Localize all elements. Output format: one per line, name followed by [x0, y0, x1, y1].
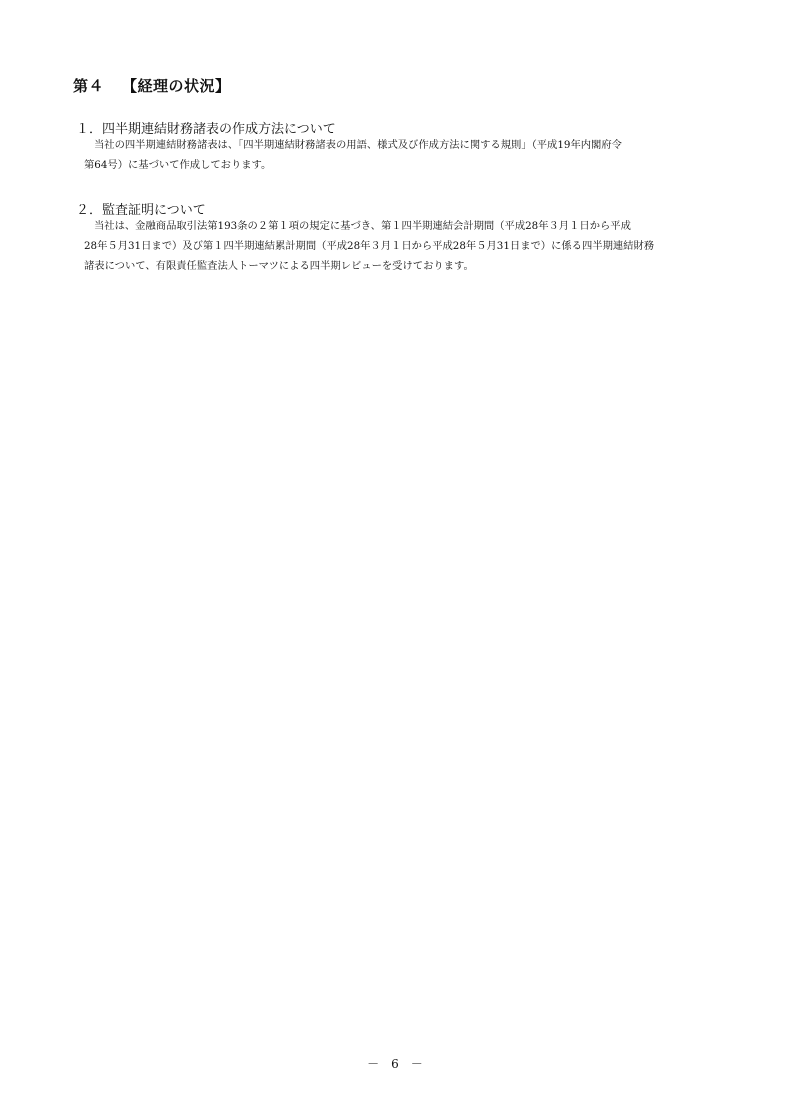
page-heading: 第４【経理の状況】 — [73, 75, 231, 96]
page-number: － 6 － — [0, 1055, 790, 1072]
section-2-line-2: 28年５月31日まで）及び第１四半期連結累計期間（平成28年３月１日から平成28… — [84, 236, 724, 256]
section-1-body: 当社の四半期連結財務諸表は、「四半期連結財務諸表の用語、様式及び作成方法に関する… — [84, 135, 724, 175]
section-2-line-1: 当社は、金融商品取引法第193条の２第１項の規定に基づき、第１四半期連結会計期間… — [84, 216, 724, 236]
heading-prefix: 第４ — [73, 77, 104, 95]
section-1-line-1: 当社の四半期連結財務諸表は、「四半期連結財務諸表の用語、様式及び作成方法に関する… — [84, 135, 724, 155]
section-2-body: 当社は、金融商品取引法第193条の２第１項の規定に基づき、第１四半期連結会計期間… — [84, 216, 724, 276]
heading-title: 【経理の状況】 — [122, 77, 231, 95]
section-1-line-2: 第64号）に基づいて作成しております。 — [84, 155, 724, 175]
section-2-line-3: 諸表について、有限責任監査法人トーマツによる四半期レビューを受けております。 — [84, 256, 724, 276]
